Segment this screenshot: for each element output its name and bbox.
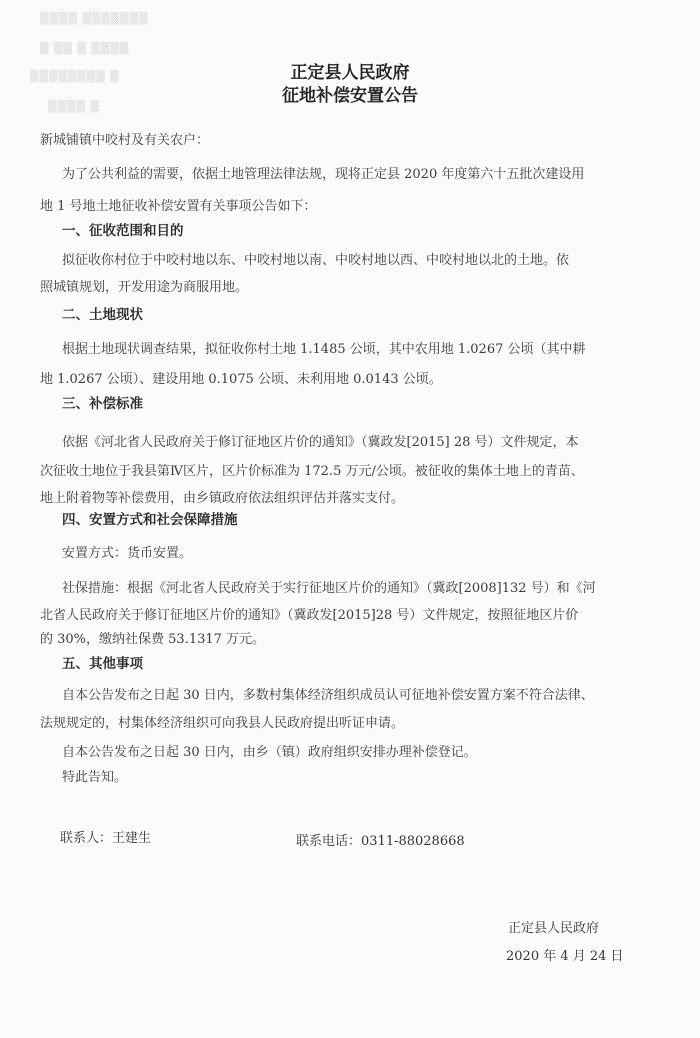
section-5-line: 自本公告发布之日起 30 日内，由乡（镇）政府组织安排办理补偿登记。 [62, 741, 477, 760]
section-heading-5: 五、其他事项 [62, 652, 143, 672]
bleed-through-text: ▒▒▒▒ ▒▒▒▒▒▒▒ [40, 12, 149, 25]
section-1-line: 照城镇规划，开发用途为商服用地。 [40, 276, 248, 295]
section-5-line: 自本公告发布之日起 30 日内，多数村集体经济组织成员认可征地补偿安置方案不符合… [62, 684, 594, 703]
bleed-through-text: ▒ ▒▒ ▒ ▒▒▒▒ [40, 42, 129, 55]
contact-person: 联系人：王建生 [60, 827, 151, 846]
contact-phone: 联系电话：0311-88028668 [296, 830, 465, 849]
section-4-line: 社保措施：根据《河北省人民政府关于实行征地区片价的通知》（冀政[2008]132… [62, 577, 596, 596]
section-heading-2: 二、土地现状 [62, 303, 143, 323]
document-title-line2: 征地补偿安置公告 [0, 81, 700, 106]
signature-date: 2020 年 4 月 24 日 [506, 945, 624, 964]
section-4-line: 北省人民政府关于修订征地区片价的通知》（冀政发[2015]28 号）文件规定，按… [40, 604, 578, 623]
section-3-line: 次征收土地位于我县第Ⅳ区片，区片价标准为 172.5 万元/公顷。被征收的集体土… [40, 460, 584, 479]
section-4-line: 的 30%，缴纳社保费 53.1317 万元。 [40, 628, 265, 647]
intro-line: 地 1 号地土地征收补偿安置有关事项公告如下： [40, 195, 317, 214]
intro-line: 为了公共利益的需要，依据土地管理法律法规，现将正定县 2020 年度第六十五批次… [62, 163, 584, 182]
signature-org: 正定县人民政府 [508, 917, 599, 936]
section-heading-3: 三、补偿标准 [62, 392, 143, 412]
section-3-line: 依据《河北省人民政府关于修订征地区片价的通知》（冀政发[2015] 28 号）文… [62, 431, 579, 450]
section-heading-4: 四、安置方式和社会保障措施 [62, 508, 238, 528]
section-5-line: 法规规定的，村集体经济组织可向我县人民政府提出听证申请。 [40, 712, 404, 731]
section-heading-1: 一、征收范围和目的 [62, 219, 184, 239]
section-3-line: 地上附着物等补偿费用，由乡镇政府依法组织评估并落实支付。 [40, 487, 404, 506]
section-2-line: 根据土地现状调查结果，拟征收你村土地 1.1485 公顷，其中农用地 1.026… [62, 338, 586, 357]
section-4-line: 安置方式：货币安置。 [62, 542, 192, 561]
salutation: 新城铺镇中咬村及有关农户： [40, 129, 209, 148]
document-title-line1: 正定县人民政府 [0, 58, 700, 83]
section-1-line: 拟征收你村位于中咬村地以东、中咬村地以南、中咬村地以西、中咬村地以北的土地。依 [62, 249, 569, 268]
section-5-line: 特此告知。 [62, 766, 127, 785]
section-2-line: 地 1.0267 公顷）、建设用地 0.1075 公顷、未利用地 0.0143 … [40, 368, 442, 387]
